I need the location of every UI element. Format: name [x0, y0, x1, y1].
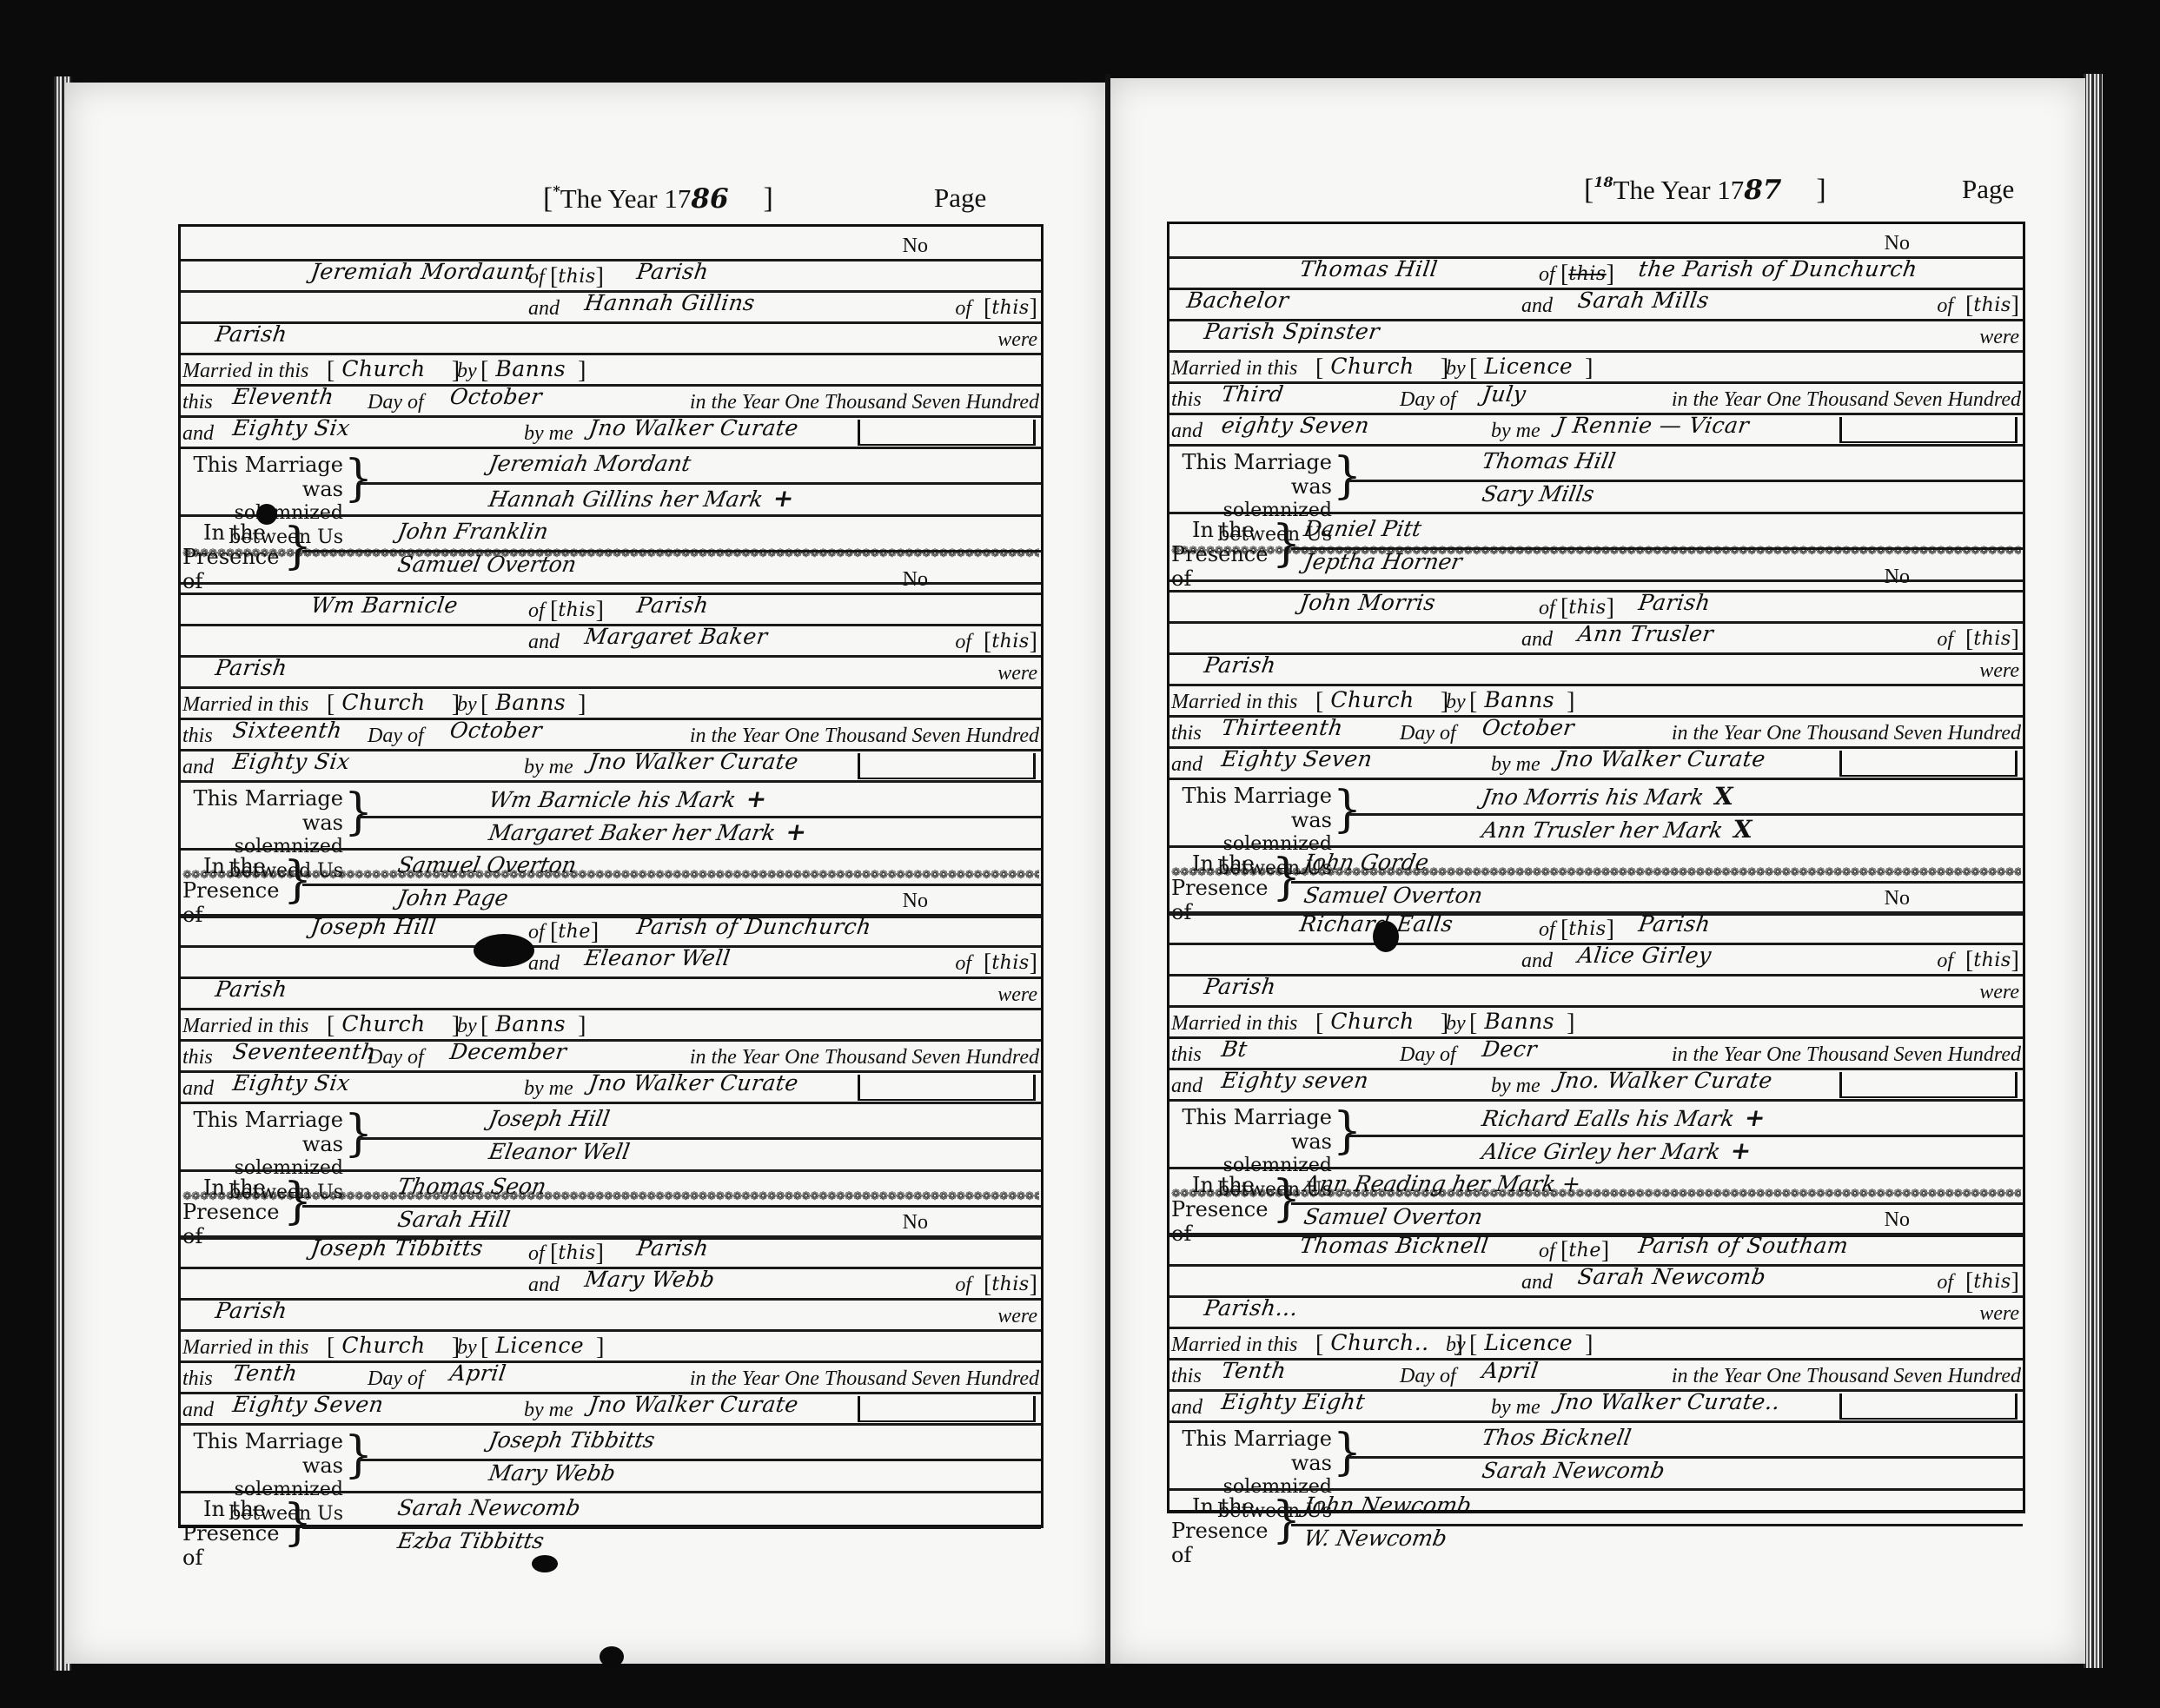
marriage-entry: ❁❁❁❁❁❁❁❁❁❁❁❁❁❁❁❁❁❁❁❁❁❁❁❁❁❁❁❁❁❁❁❁❁❁❁❁❁❁❁❁… — [1169, 1188, 2023, 1510]
method-value: Banns — [1484, 1009, 1554, 1034]
folio-mark: * — [553, 182, 560, 199]
entry-number-label: No — [903, 1207, 928, 1238]
officiant-value: Jno Walker Curate — [586, 413, 800, 444]
signature: Margaret Baker her Mark+ — [487, 818, 809, 846]
officiant-row: andEighty Sixby meJno Walker Curate — [181, 1073, 1041, 1104]
signatures-brace: } — [344, 453, 373, 503]
and-label: and — [1521, 290, 1553, 321]
register-form: NoThomas Hillof[this]the Parish of Dunch… — [1167, 222, 2025, 1513]
signature: Jeremiah Mordant — [487, 451, 692, 476]
signatures-block: This Marriage wassolemnized between Us}J… — [181, 1426, 1041, 1493]
solemnized-label-line1: This Marriage was — [1171, 1427, 1332, 1475]
bride-parish: Parish — [1202, 971, 1278, 1003]
ornament-divider: ❁❁❁❁❁❁❁❁❁❁❁❁❁❁❁❁❁❁❁❁❁❁❁❁❁❁❁❁❁❁❁❁❁❁❁❁❁❁❁❁… — [182, 1191, 1039, 1203]
bride-parish: Parish — [213, 974, 289, 1005]
signatures-block: This Marriage wassolemnized between Us}T… — [1169, 1423, 2023, 1491]
ink-blot — [532, 1555, 558, 1572]
entry-number-row: No — [181, 227, 1041, 261]
this-label: this — [182, 387, 213, 418]
officiant-row: andEighty sevenby meJno. Walker Curate — [1169, 1070, 2023, 1102]
groom-name: John Morris — [1297, 587, 1437, 619]
of-label: of — [955, 293, 971, 324]
witness-signature: Daniel Pitt — [1302, 516, 1423, 541]
groom-name: Joseph Hill — [308, 911, 438, 943]
day-value: Bt — [1219, 1034, 1249, 1065]
bride-of-value: this — [1973, 295, 2011, 316]
bride-name: Sarah Newcomb — [1575, 1261, 1767, 1293]
of-label: of — [1937, 624, 1953, 655]
married-in-row: Married in this[Church]by[Licence] — [181, 1332, 1041, 1363]
officiant-row: andEighty Sevenby meJno Walker Curate — [1169, 749, 2023, 780]
signature: Sary Mills — [1480, 481, 1596, 506]
ornament-divider: ❁❁❁❁❁❁❁❁❁❁❁❁❁❁❁❁❁❁❁❁❁❁❁❁❁❁❁❁❁❁❁❁❁❁❁❁❁❁❁❁… — [1171, 867, 2021, 879]
by-me-label: by me — [1491, 749, 1540, 780]
day-value: Third — [1219, 379, 1285, 410]
signature-line — [1348, 480, 2023, 482]
this-label: this — [1171, 384, 1202, 415]
groom-of-value: this — [1568, 263, 1606, 285]
bracket-close: ] — [1816, 174, 1825, 206]
groom-of-value: the — [558, 921, 591, 943]
year-words-value: Eighty Seven — [230, 1389, 385, 1420]
entry-number-row: No — [1169, 1201, 2023, 1235]
witness-signature: John Franklin — [395, 519, 550, 544]
signature-line — [359, 1137, 1041, 1140]
and-year-label: and — [1171, 1070, 1203, 1102]
groom-of-value: this — [1568, 918, 1606, 940]
signatures-brace: } — [1333, 451, 1362, 500]
groom-of-value: this — [558, 266, 595, 288]
solemnized-label-line1: This Marriage was — [182, 1108, 343, 1156]
page-header: [*The Year 1786]Page — [178, 182, 1043, 226]
and-year-label: and — [1171, 1392, 1203, 1423]
bracket-close: ] — [764, 182, 773, 215]
officiant-title-box — [1839, 751, 2018, 777]
entry-number-label: No — [903, 230, 928, 261]
and-year-label: and — [1171, 415, 1203, 447]
place-bracket: [Church] — [327, 1332, 460, 1363]
marriage-entry: ❁❁❁❁❁❁❁❁❁❁❁❁❁❁❁❁❁❁❁❁❁❁❁❁❁❁❁❁❁❁❁❁❁❁❁❁❁❁❁❁… — [181, 1191, 1041, 1513]
year-handwritten: 87 — [1744, 175, 1781, 206]
this-label: this — [1171, 1360, 1202, 1392]
were-label: were — [997, 979, 1037, 1010]
folio-mark: 18 — [1593, 174, 1613, 190]
solemnized-label-line1: This Marriage was — [182, 786, 343, 835]
entry-number-row: No — [181, 1203, 1041, 1238]
officiant-title-box — [858, 1075, 1036, 1101]
were-label: were — [997, 658, 1037, 689]
day-of-label: Day of — [368, 720, 424, 751]
signature: Joseph Tibbitts — [487, 1427, 656, 1453]
officiant-value: Jno Walker Curate — [586, 1068, 800, 1099]
and-label: and — [1521, 945, 1553, 976]
presence-label-line1: In the — [182, 1497, 278, 1521]
officiant-title-box — [858, 753, 1036, 779]
groom-name: Wm Barnicle — [308, 590, 460, 621]
presence-label-line2: Presence of — [182, 1521, 278, 1570]
signature: Wm Barnicle his Mark+ — [487, 784, 769, 813]
year-words-value: Eighty Eight — [1219, 1387, 1367, 1418]
this-label: this — [182, 720, 213, 751]
year-words-value: Eighty Six — [230, 413, 352, 444]
of-label: of — [955, 626, 971, 658]
bride-name: Eleanor Well — [582, 943, 732, 974]
year-heading: [*The Year 1786] — [543, 182, 773, 215]
method-value: Banns — [495, 356, 566, 381]
month-value: October — [447, 381, 544, 413]
year-heading: [18The Year 1787] — [1584, 174, 1826, 207]
bride-row: andMary Webbof[this] — [181, 1269, 1041, 1301]
signatures-brace: } — [344, 787, 373, 837]
ornament-divider: ❁❁❁❁❁❁❁❁❁❁❁❁❁❁❁❁❁❁❁❁❁❁❁❁❁❁❁❁❁❁❁❁❁❁❁❁❁❁❁❁… — [1171, 546, 2021, 558]
officiant-title-box — [858, 420, 1036, 446]
ink-blot — [1373, 921, 1399, 952]
place-bracket: [Church] — [327, 355, 460, 387]
signatures-block: This Marriage wassolemnized between Us}R… — [1169, 1102, 2023, 1169]
solemnized-label-line1: This Marriage was — [182, 1429, 343, 1478]
book-gutter — [1105, 74, 1110, 1668]
of-label: of — [1539, 914, 1555, 945]
signature: Mary Webb — [487, 1460, 617, 1486]
by-label: by — [1446, 1008, 1466, 1039]
of-label: of — [1937, 945, 1953, 976]
bride-of-bracket: [this] — [984, 948, 1037, 981]
entry-number-row: No — [181, 560, 1041, 595]
method-value: Licence — [495, 1333, 584, 1358]
method-value: Licence — [1484, 354, 1573, 379]
by-me-label: by me — [524, 1394, 573, 1426]
solemnized-label-line1: This Marriage was — [1171, 784, 1332, 832]
this-label: this — [182, 1363, 213, 1394]
were-label: were — [1979, 655, 2019, 686]
place-value: Church — [1330, 687, 1414, 712]
day-of-label: Day of — [1400, 384, 1456, 415]
bride-of-bracket: [this] — [1965, 290, 2019, 323]
signatures-brace: } — [344, 1109, 373, 1158]
bride-parish-row: Parishwere — [1169, 655, 2023, 686]
married-in-row: Married in this[Church]by[Licence] — [1169, 353, 2023, 384]
method-value: Banns — [495, 1011, 566, 1036]
year-label: The Year 17 — [560, 183, 692, 214]
and-label: and — [528, 293, 560, 324]
signatures-brace: } — [1333, 784, 1362, 834]
presence-label-line1: In the — [1171, 518, 1267, 542]
bride-parish-row: Parishwere — [181, 1301, 1041, 1332]
bride-of-bracket: [this] — [984, 626, 1037, 659]
place-bracket: [Church] — [1315, 353, 1448, 384]
presence-label: In thePresence of — [182, 1497, 278, 1570]
bride-of-bracket: [this] — [1965, 1267, 2019, 1300]
day-value: Tenth — [230, 1358, 299, 1389]
signature: Richard Ealls his Mark+ — [1480, 1103, 1767, 1132]
bride-of-value: this — [991, 1274, 1029, 1295]
witness-signature: Sarah Newcomb — [395, 1495, 582, 1520]
of-label: of — [1937, 1267, 1953, 1298]
groom-parish: Parish of Southam — [1636, 1230, 1850, 1261]
place-value: Church — [341, 690, 425, 715]
bride-of-value: this — [1973, 1271, 2011, 1293]
day-of-label: Day of — [368, 387, 424, 418]
were-label: were — [997, 324, 1037, 355]
bride-of-bracket: [this] — [984, 1269, 1037, 1302]
bride-parish-row: Parish...were — [1169, 1298, 2023, 1329]
solemnized-label-line1: This Marriage was — [1171, 450, 1332, 499]
witness-signature: W. Newcomb — [1302, 1526, 1448, 1551]
month-value: October — [1480, 712, 1576, 744]
groom-of-value: this — [558, 1242, 595, 1264]
bride-name: Sarah Mills — [1575, 285, 1711, 316]
this-label: this — [1171, 1039, 1202, 1070]
of-label: of — [1539, 593, 1555, 624]
bride-parish: Parish — [213, 1295, 289, 1327]
groom-of-value: the — [1568, 1240, 1601, 1261]
groom-status: Bachelor — [1184, 285, 1290, 316]
bracket-open: [ — [543, 182, 553, 215]
bride-parish: Parish Spinster — [1202, 316, 1381, 348]
and-label: and — [528, 626, 560, 658]
method-value: Banns — [1484, 687, 1554, 712]
officiant-value: Jno Walker Curate — [586, 1389, 800, 1420]
page-label: Page — [934, 182, 986, 214]
signatures-block: This Marriage wassolemnized between Us}J… — [1169, 780, 2023, 848]
marriage-entry: ❁❁❁❁❁❁❁❁❁❁❁❁❁❁❁❁❁❁❁❁❁❁❁❁❁❁❁❁❁❁❁❁❁❁❁❁❁❁❁❁… — [181, 870, 1041, 1191]
entry-number-label: No — [1885, 1204, 1910, 1235]
groom-of-value: this — [1568, 597, 1606, 619]
presence-label: In thePresence of — [1171, 1494, 1267, 1567]
presence-brace: } — [283, 1498, 312, 1547]
bride-of-value: this — [1973, 628, 2011, 650]
ink-blot — [600, 1646, 624, 1667]
witnesses-block: In thePresence of}John NewcombW. Newcomb — [1169, 1491, 2023, 1559]
right-page: [18The Year 1787]PageNoThomas Hillof[thi… — [1108, 78, 2085, 1664]
were-label: were — [1979, 321, 2019, 353]
marriage-entry: NoThomas Hillof[this]the Parish of Dunch… — [1169, 224, 2023, 546]
groom-name: Joseph Tibbitts — [308, 1233, 485, 1264]
officiant-row: andeighty Sevenby meJ Rennie — Vicar — [1169, 415, 2023, 447]
signatures-brace: } — [1333, 1427, 1362, 1477]
mark-cross: + — [744, 784, 769, 813]
year-words-value: Eighty Seven — [1219, 744, 1374, 775]
by-me-label: by me — [1491, 415, 1540, 447]
marriage-entry: NoJeremiah Mordauntof[this]ParishandHann… — [181, 227, 1041, 548]
day-value: Tenth — [1219, 1355, 1288, 1387]
bride-parish-row: Parishwere — [1169, 976, 2023, 1008]
presence-brace: } — [1272, 1495, 1301, 1545]
officiant-value: Jno Walker Curate — [1554, 744, 1767, 775]
of-label: of — [528, 1238, 545, 1269]
by-me-label: by me — [524, 1073, 573, 1104]
entry-number-label: No — [903, 564, 928, 595]
signature: Thos Bicknell — [1480, 1425, 1633, 1450]
bride-of-value: this — [991, 952, 1029, 974]
witness-signature: John Newcomb — [1302, 1493, 1473, 1518]
month-value: Decr — [1480, 1034, 1539, 1065]
signatures-block: This Marriage wassolemnized between Us}J… — [181, 449, 1041, 517]
signatures-brace: } — [344, 1430, 373, 1480]
day-of-label: Day of — [1400, 1360, 1456, 1392]
signatures-block: This Marriage wassolemnized betweed Us}W… — [181, 783, 1041, 851]
groom-parish: Parish — [1636, 909, 1713, 940]
book-edge-right — [2084, 74, 2103, 1668]
bride-parish: Parish — [1202, 650, 1278, 681]
day-value: Seventeenth — [230, 1036, 377, 1068]
groom-parish: Parish — [1636, 587, 1713, 619]
day-of-label: Day of — [1400, 718, 1456, 749]
register-form: NoJeremiah Mordauntof[this]ParishandHann… — [178, 224, 1044, 1528]
of-label: of — [955, 948, 971, 979]
by-me-label: by me — [1491, 1392, 1540, 1423]
of-label: of — [1937, 290, 1953, 321]
officiant-value: Jno Walker Curate.. — [1554, 1387, 1782, 1418]
were-label: were — [997, 1301, 1037, 1332]
officiant-row: andEighty Sevenby meJno Walker Curate — [181, 1394, 1041, 1426]
by-label: by — [1446, 1329, 1466, 1360]
place-bracket: [Church] — [1315, 1008, 1448, 1039]
bride-name: Hannah Gillins — [582, 288, 757, 319]
mark-cross: + — [1742, 1103, 1767, 1132]
groom-parish: the Parish of Dunchurch — [1636, 254, 1919, 285]
this-label: this — [182, 1042, 213, 1073]
marriage-entry: ❁❁❁❁❁❁❁❁❁❁❁❁❁❁❁❁❁❁❁❁❁❁❁❁❁❁❁❁❁❁❁❁❁❁❁❁❁❁❁❁… — [1169, 546, 2023, 867]
this-label: this — [1171, 718, 1202, 749]
officiant-row: andEighty Sixby meJno Walker Curate — [181, 751, 1041, 783]
bride-parish-row: Parishwere — [181, 324, 1041, 355]
year-words-value: Eighty seven — [1219, 1065, 1370, 1096]
year-words-value: Eighty Six — [230, 1068, 352, 1099]
left-page: [*The Year 1786]PageNoJeremiah Mordaunto… — [65, 83, 1108, 1664]
place-bracket: [Church] — [327, 689, 460, 720]
month-value: December — [447, 1036, 568, 1068]
by-me-label: by me — [524, 751, 573, 783]
and-year-label: and — [182, 751, 214, 783]
day-value: Sixteenth — [230, 715, 344, 746]
month-value: April — [447, 1358, 508, 1389]
of-label: of — [528, 261, 545, 293]
bride-name: Ann Trusler — [1575, 619, 1715, 650]
by-label: by — [1446, 686, 1466, 718]
officiant-title-box — [858, 1396, 1036, 1422]
by-me-label: by me — [524, 418, 573, 449]
mark-cross: X — [1731, 815, 1755, 844]
mark-cross: + — [784, 818, 809, 846]
day-of-label: Day of — [1400, 1039, 1456, 1070]
bride-row: andAlice Girleyof[this] — [1169, 945, 2023, 976]
day-of-label: Day of — [368, 1042, 424, 1073]
and-label: and — [1521, 1267, 1553, 1298]
bride-of-bracket: [this] — [984, 293, 1037, 326]
bride-of-value: this — [1973, 950, 2011, 971]
officiant-title-box — [1839, 1394, 2018, 1420]
groom-parish: Parish — [634, 1233, 711, 1264]
groom-name: Thomas Hill — [1297, 254, 1440, 285]
signature: Eleanor Well — [487, 1139, 632, 1164]
groom-parish: Parish — [634, 256, 711, 288]
entry-number-row: No — [1169, 558, 2023, 593]
officiant-title-box — [1839, 417, 2018, 443]
mark-cross: + — [771, 484, 796, 513]
married-in-row: Married in this[Church]by[Banns] — [1169, 1008, 2023, 1039]
day-value: Eleventh — [230, 381, 335, 413]
and-label: and — [1521, 624, 1553, 655]
signature-line — [359, 1459, 1041, 1461]
signature: Sarah Newcomb — [1480, 1458, 1666, 1483]
signatures-brace: } — [1333, 1106, 1362, 1155]
groom-parish: Parish of Dunchurch — [634, 911, 873, 943]
groom-name: Thomas Bicknell — [1297, 1230, 1490, 1261]
officiant-row: andEighty Sixby meJno Walker Curate — [181, 418, 1041, 449]
of-label: of — [1539, 1235, 1555, 1267]
page-header: [18The Year 1787]Page — [1167, 174, 2024, 217]
and-year-label: and — [1171, 749, 1203, 780]
bride-row: andAnn Truslerof[this] — [1169, 624, 2023, 655]
month-value: October — [447, 715, 544, 746]
year-words-value: Eighty Six — [230, 746, 352, 778]
married-in-row: Married in this[Church..]by[Licence] — [1169, 1329, 2023, 1360]
bride-name: Alice Girley — [1575, 940, 1713, 971]
signature: Ann Trusler her MarkX — [1480, 815, 1754, 844]
method-value: Licence — [1484, 1330, 1573, 1355]
bride-name: Margaret Baker — [582, 621, 769, 652]
officiant-value: J Rennie — Vicar — [1554, 410, 1751, 441]
bride-parish-row: Parishwere — [181, 979, 1041, 1010]
mark-cross: X — [1712, 782, 1736, 811]
place-value: Church — [1330, 1009, 1414, 1034]
place-value: Church.. — [1330, 1330, 1428, 1355]
of-label: of — [1539, 259, 1555, 290]
groom-parish: Parish — [634, 590, 711, 621]
bride-row: andMargaret Bakerof[this] — [181, 626, 1041, 658]
bride-parish: Parish... — [1202, 1293, 1300, 1324]
entry-number-label: No — [903, 885, 928, 917]
were-label: were — [1979, 1298, 2019, 1329]
and-year-label: and — [182, 1394, 214, 1426]
month-value: April — [1480, 1355, 1540, 1387]
bracket-open: [ — [1584, 174, 1593, 206]
marriage-entry: ❁❁❁❁❁❁❁❁❁❁❁❁❁❁❁❁❁❁❁❁❁❁❁❁❁❁❁❁❁❁❁❁❁❁❁❁❁❁❁❁… — [1169, 867, 2023, 1188]
bride-of-bracket: [this] — [1965, 624, 2019, 657]
year-label: The Year 17 — [1613, 175, 1745, 205]
by-label: by — [1446, 353, 1466, 384]
signature-line — [1348, 1456, 2023, 1459]
by-me-label: by me — [1491, 1070, 1540, 1102]
bride-of-value: this — [991, 297, 1029, 319]
bride-of-value: this — [991, 631, 1029, 652]
witnesses-block: In thePresence of}Sarah NewcombEzba Tibb… — [181, 1493, 1041, 1561]
place-value: Church — [341, 356, 425, 381]
month-value: July — [1480, 379, 1527, 410]
solemnized-label-line1: This Marriage was — [182, 453, 343, 501]
method-value: Banns — [495, 690, 566, 715]
marriage-entry: ❁❁❁❁❁❁❁❁❁❁❁❁❁❁❁❁❁❁❁❁❁❁❁❁❁❁❁❁❁❁❁❁❁❁❁❁❁❁❁❁… — [181, 548, 1041, 870]
entry-number-row: No — [181, 882, 1041, 917]
place-value: Church — [341, 1333, 425, 1358]
ornament-divider: ❁❁❁❁❁❁❁❁❁❁❁❁❁❁❁❁❁❁❁❁❁❁❁❁❁❁❁❁❁❁❁❁❁❁❁❁❁❁❁❁… — [1171, 1188, 2021, 1201]
witness-signature: Ezba Tibbitts — [395, 1528, 546, 1553]
ink-blot — [474, 934, 534, 967]
bride-row: andEleanor Wellof[this] — [181, 948, 1041, 979]
officiant-row: andEighty Eightby meJno Walker Curate.. — [1169, 1392, 2023, 1423]
ornament-divider: ❁❁❁❁❁❁❁❁❁❁❁❁❁❁❁❁❁❁❁❁❁❁❁❁❁❁❁❁❁❁❁❁❁❁❁❁❁❁❁❁… — [182, 548, 1039, 560]
place-value: Church — [341, 1011, 425, 1036]
were-label: were — [1979, 976, 2019, 1008]
signatures-block: This Marriage wassolemnized between Us}J… — [181, 1104, 1041, 1172]
bride-row: andHannah Gillinsof[this] — [181, 293, 1041, 324]
year-handwritten: 86 — [691, 183, 728, 215]
bride-parish-row: Parishwere — [181, 658, 1041, 689]
officiant-value: Jno Walker Curate — [586, 746, 800, 778]
ink-blot — [256, 504, 277, 525]
signature: Thomas Hill — [1480, 448, 1617, 473]
